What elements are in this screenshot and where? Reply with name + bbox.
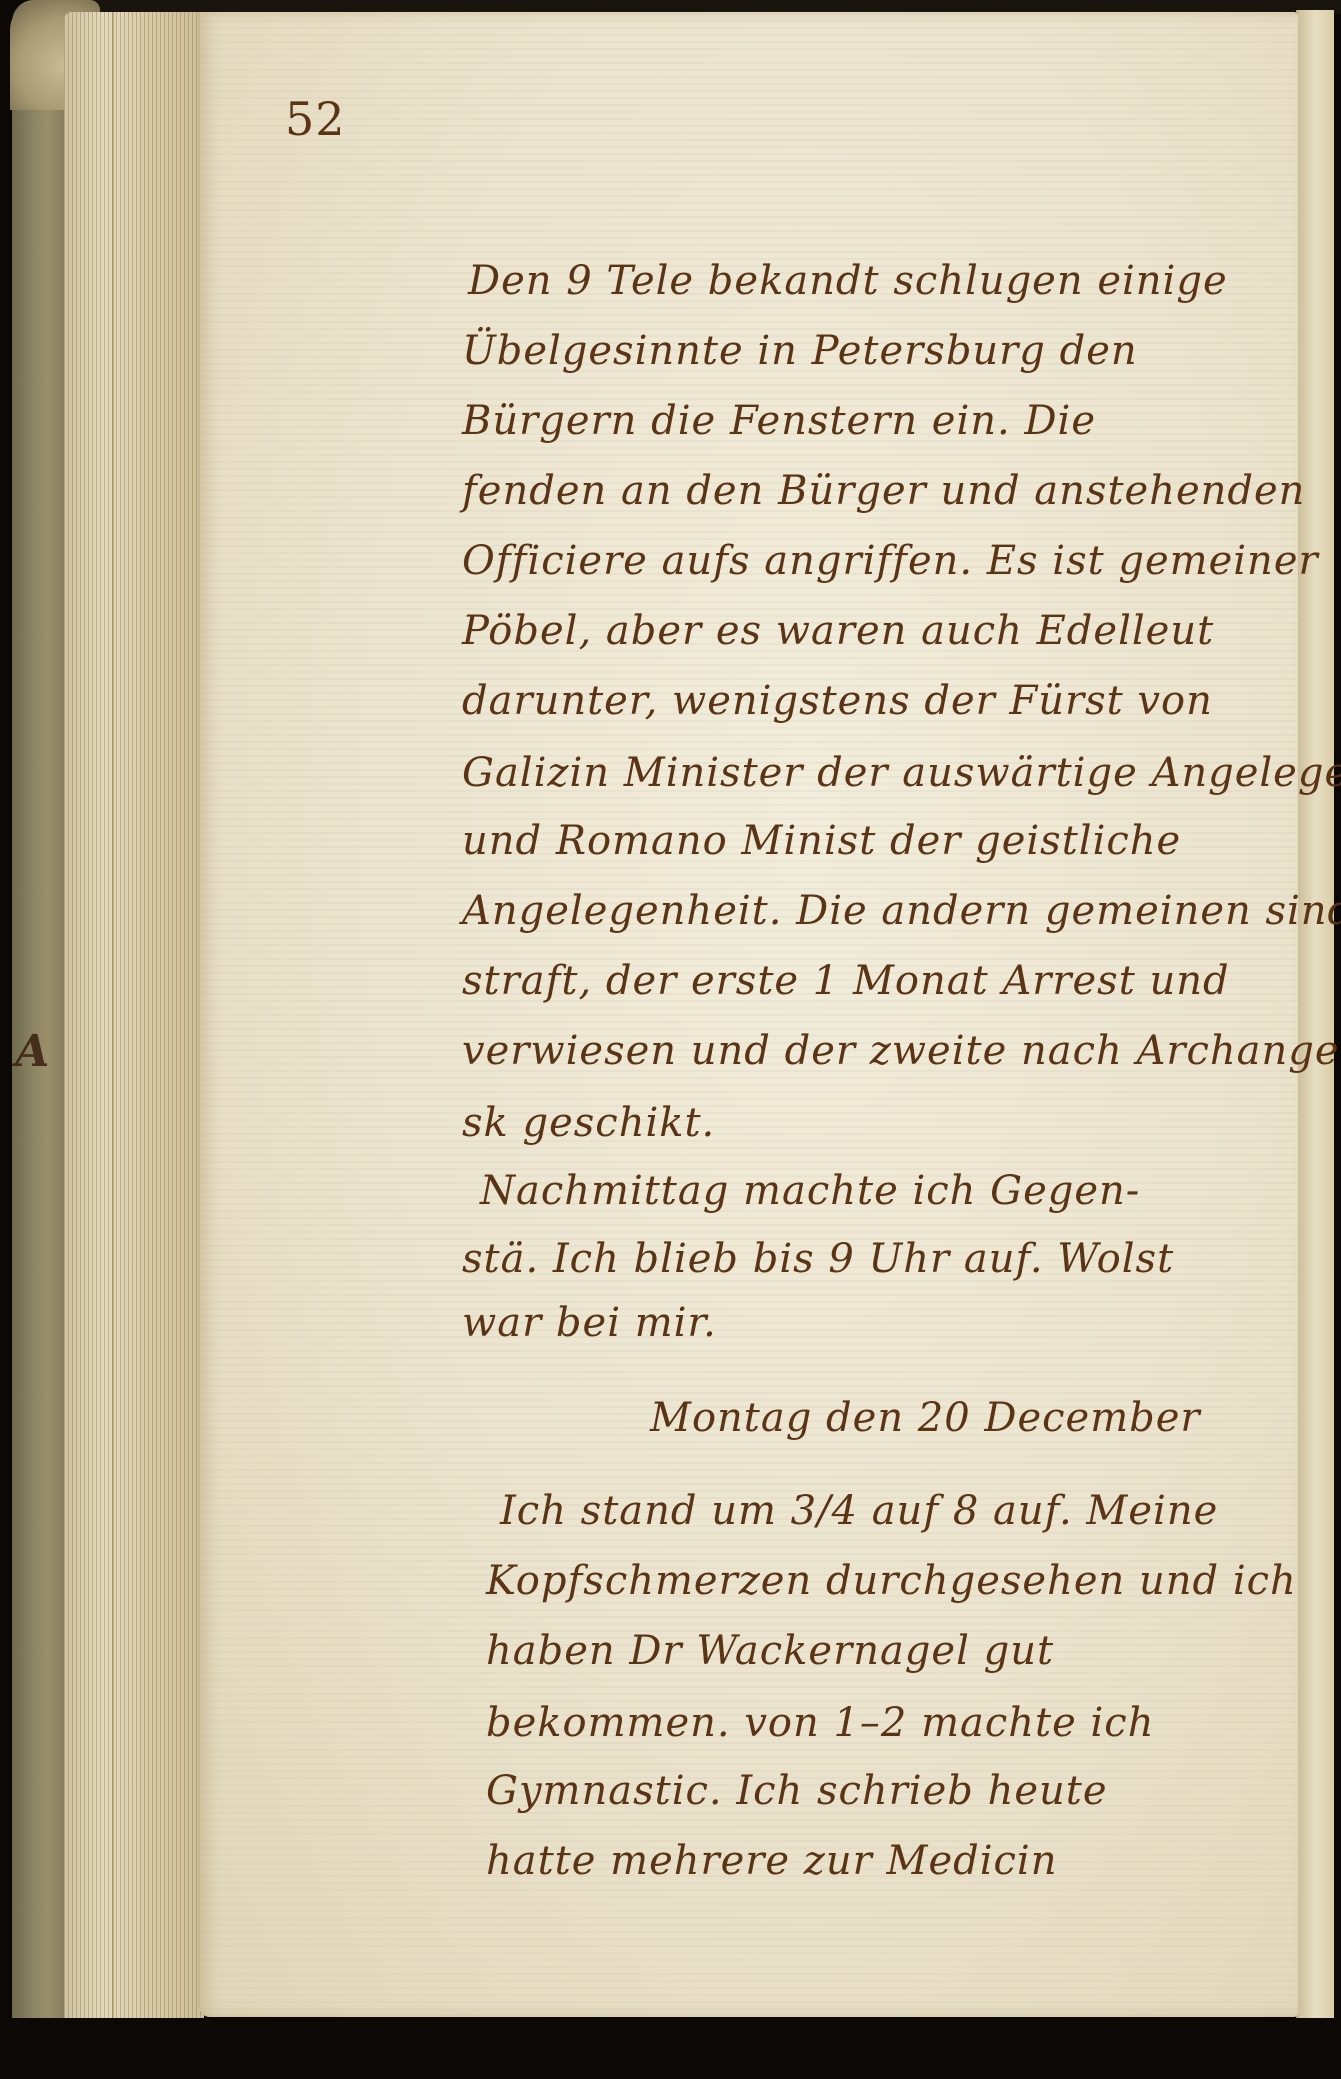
text-line-5: Officiere aufs angriffen. Es ist gemeine… xyxy=(462,538,1319,584)
manuscript-scan: A 52 Den 9 Tele bekandt schlugen einige … xyxy=(0,0,1341,2079)
facing-page-edge xyxy=(1296,10,1334,2020)
scan-bottom-border xyxy=(0,2018,1341,2079)
date-heading: Montag den 20 December xyxy=(650,1395,1201,1441)
text-line-18: Ich stand um 3/4 auf 8 auf. Meine xyxy=(500,1488,1218,1534)
text-line-13: sk geschikt. xyxy=(462,1100,715,1146)
text-line-10: Angelegenheit. Die andern gemeinen sind … xyxy=(462,888,1341,934)
text-line-15: stä. Ich blieb bis 9 Uhr auf. Wolst xyxy=(462,1236,1174,1282)
text-line-23: hatte mehrere zur Medicin xyxy=(486,1838,1057,1884)
text-line-4: fenden an den Bürger und anstehenden xyxy=(462,468,1305,514)
text-line-16: war bei mir. xyxy=(462,1300,717,1346)
text-line-9: und Romano Minist der geistliche xyxy=(462,818,1181,864)
page-number: 52 xyxy=(285,92,346,146)
text-line-7: darunter, wenigstens der Fürst von xyxy=(462,678,1213,724)
text-line-6: Pöbel, aber es waren auch Edelleut xyxy=(462,608,1214,654)
text-line-11: straft, der erste 1 Monat Arrest und xyxy=(462,958,1230,1004)
text-line-22: Gymnastic. Ich schrieb heute xyxy=(486,1768,1108,1814)
text-line-14: Nachmittag machte ich Gegen- xyxy=(480,1168,1140,1214)
page-edges-stack xyxy=(64,12,204,2062)
text-line-21: bekommen. von 1–2 machte ich xyxy=(486,1700,1154,1746)
text-line-3: Bürgern die Fenstern ein. Die xyxy=(462,398,1096,444)
cover-ink-mark: A xyxy=(9,1026,70,1086)
text-line-20: haben Dr Wackernagel gut xyxy=(486,1628,1054,1674)
text-line-19: Kopfschmerzen durchgesehen und ich xyxy=(486,1558,1297,1604)
text-line-2: Übelgesinnte in Petersburg den xyxy=(462,328,1138,374)
text-line-8: Galizin Minister der auswärtige Angelege… xyxy=(462,750,1341,796)
text-line-1: Den 9 Tele bekandt schlugen einige xyxy=(468,258,1228,304)
text-line-12: verwiesen und der zweite nach Archangel- xyxy=(462,1028,1341,1074)
